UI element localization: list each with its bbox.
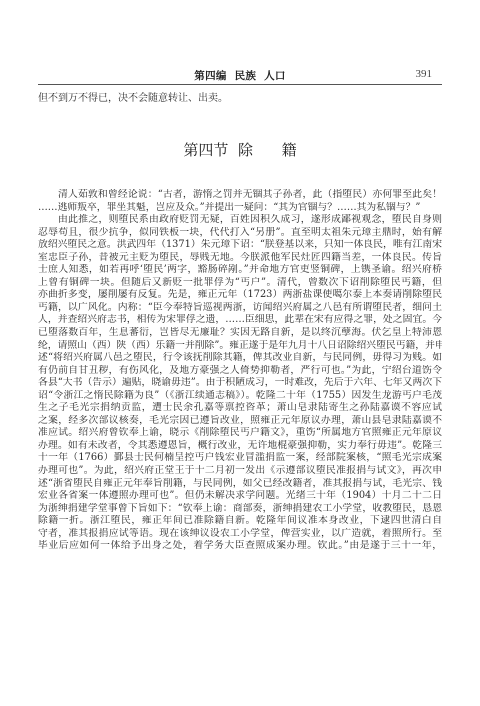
text-line: 放绍兴堕民之意。洪武四年（1371）朱元璋下诏：“朕登基以来，只知一体良民，唯有… bbox=[38, 239, 442, 252]
header-rule bbox=[38, 84, 442, 85]
section-title: 第四节 除 籍 bbox=[0, 139, 480, 160]
text-line: 忍辱苟且，很少抗争，似同铁板一块，代代打入“另册”。直至明太祖朱元璋主鼎时，始有… bbox=[38, 227, 442, 240]
text-line: 亦曲折多变，屡削屡有反复。先是，雍正元年（1723）两浙盐课使噶尔泰上本奏请削除… bbox=[38, 289, 442, 302]
text-line: 人，并查绍兴府志书，相传为宋罪俘之遗，……臣细思，此辈在宋有应得之罪，处之固宜。… bbox=[38, 314, 442, 327]
text-line: 纶，请照山（西）陕（西）乐籍一并削除”。雍正遂于是年九月十八日诏除绍兴堕民丐籍，… bbox=[38, 340, 442, 353]
text-line: 由此推之，则堕民系由政府贬罚无疑，百姓因积久成习，遂形成鄙视观念，堕民自身则 bbox=[38, 214, 442, 227]
text-line: 守者，准其报捐应试等语。现在该绅议设农工小学堂，俾营实业，以广造就，着照所行。至 bbox=[38, 528, 442, 541]
text-line: 诏“令浙江之惰民除籍为良”（《浙江续通志稿》）。乾隆二十年（1755）因发生龙游… bbox=[38, 390, 442, 403]
text-line: 述“浙省堕民自雍正元年奉旨削籍，与民同例，如父已经改籍者，准其报捐与试，毛光宗、… bbox=[38, 478, 442, 491]
text-line: 准应试。绍兴府曾钦奉上谕，晓示《削除堕民丐户籍文》，重饬“所属地方官照雍正元年原… bbox=[38, 427, 442, 440]
text-line: 丐籍，以广风化。内称：“臣今奉特旨巡视两浙，访闻绍兴府属之八邑有所谓堕民者，细问… bbox=[38, 302, 442, 315]
running-head: 第四编 民族 人口 391 bbox=[38, 66, 442, 84]
body-text: 清人茹敦和曾经论说：“古者，游惰之罚并无锢其子孙者，此（指堕民）亦何罪至此矣！…… bbox=[38, 189, 442, 553]
text-line: 十一年（1766）鄞县士民何楠呈控丐户钱宏业冒滥捐监一案，经部院案核，“照毛光宗… bbox=[38, 452, 442, 465]
text-line: 清人茹敦和曾经论说：“古者，游惰之罚并无锢其子孙者，此（指堕民）亦何罪至此矣！ bbox=[38, 189, 442, 202]
text-line: 办理。如有未改者，令其悉遵恩旨，概行改业，无许地棍豪强抑勒，实力奉行毋违”。乾隆… bbox=[38, 440, 442, 453]
text-line: 室忠臣子孙，昔被元主贬为堕民，辱贱无地。今朕派他军民灶匠四籍当差，一体良民。传旨 bbox=[38, 252, 442, 265]
page-number: 391 bbox=[416, 68, 433, 80]
text-line: 士庶人知悉，如若再呼‘堕民’两字，豁肠碎剐。”并命地方官吏竖铜碑，上镌圣谕。绍兴… bbox=[38, 264, 442, 277]
text-line: 除籍一折。浙江堕民，雍正年间已准除籍自新。乾隆年间议准本身改业，下逮四世清白自 bbox=[38, 515, 442, 528]
chapter-title: 第四编 民族 人口 bbox=[38, 68, 442, 83]
text-line: 有仍前自甘丑秽，有伤风化，及地方豪强之人倚势抑勒者，严行可也。”为此，宁绍台道饬… bbox=[38, 365, 442, 378]
text-line: 各县“大书（告示）遍贴，晓谕毋违”。由于积陋成习，一时难改，先后于六年、七年又两… bbox=[38, 377, 442, 390]
text-line: 上曾有铜碑一块。但随后又新贬一批罪俘为“丐户”。清代，曾数次下诏削除堕民丐籍，但 bbox=[38, 277, 442, 290]
text-line: 毕业后应如何一体给予出身之处，着学务大臣查照成案办理。钦此。”由是遂于三十一年， bbox=[38, 540, 442, 553]
text-line: 述“将绍兴府属八邑之堕民，行令该抚削除其籍，俾其改业自新，与民同例，毋得习为贱。… bbox=[38, 352, 442, 365]
text-line: ……逃师叛卒，罪坐其魁，岂应及众。”并提出一疑问：“其为官锢与？……其为私锢与？… bbox=[38, 202, 442, 215]
text-line: 办理可也”。为此，绍兴府正堂王于十二月初一发出《示遵部议堕民准报捐与试文》，再次… bbox=[38, 465, 442, 478]
text-line: 之案，经多次部议核奏，毛光宗因已遵旨改业，照雍正元年原议办理，萧山县皂隶陆嘉谟不 bbox=[38, 415, 442, 428]
text-line: 生之子毛光宗捐纳贡监，遭士民余孔嘉等禀控咨革；萧山皂隶陆寄生之孙陆嘉谟不容应试 bbox=[38, 402, 442, 415]
text-line: 已堕落数百年，生息蕃衍，岂皆尽无廉耻？实因无路自新，是以终沉孽海。伏乞皇上特沛恩 bbox=[38, 327, 442, 340]
text-line: 为浙绅捐建学堂事曾下旨如下：“钦奉上谕：商部奏，浙绅捐建农工小学堂，收教堕民，恳… bbox=[38, 503, 442, 516]
carry-over-paragraph: 但不到万不得已，决不会随意转让、出卖。 bbox=[38, 92, 442, 105]
text-line: 宏业各省案一体遵照办理可也”。但仍未解决求学问题。光绪三十年（1904）十月二十… bbox=[38, 490, 442, 503]
